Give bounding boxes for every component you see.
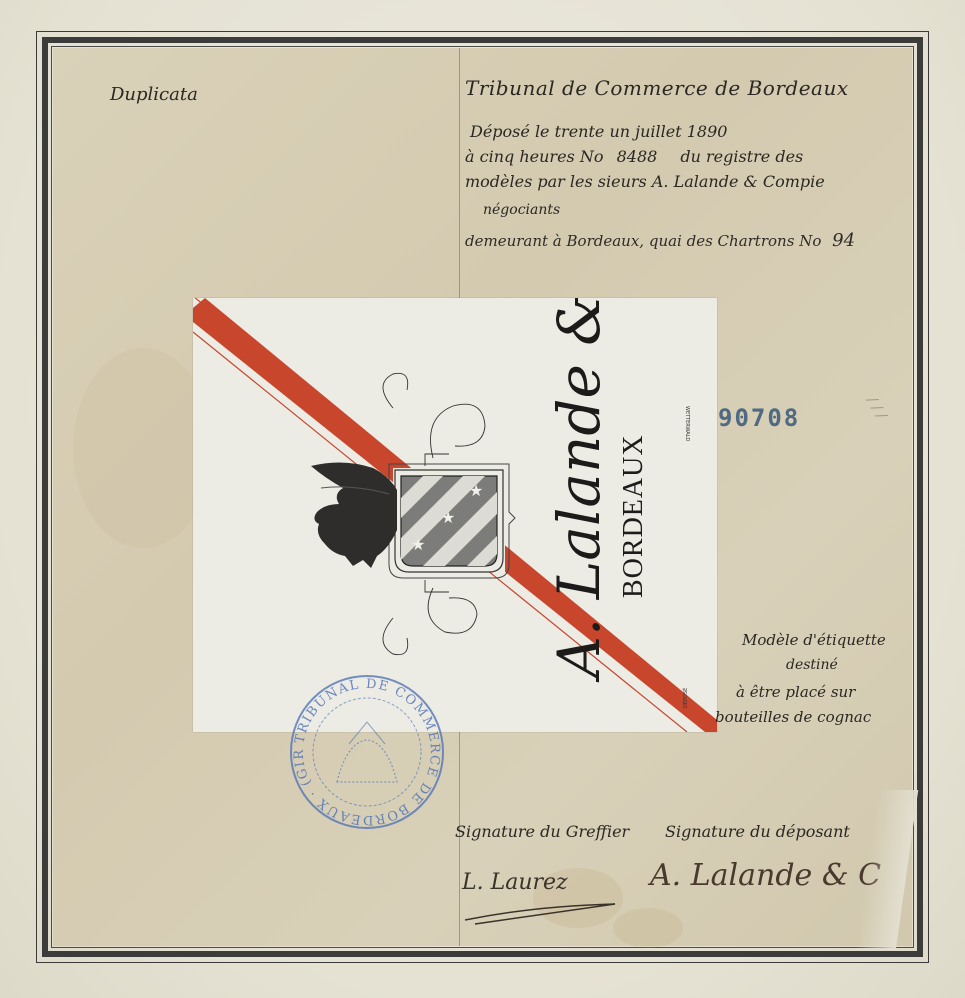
register-no-label: No bbox=[580, 147, 604, 166]
tribunal-seal: TRIBUNAL DE COMMERCE DE BORDEAUX · (GIRO… bbox=[287, 672, 447, 832]
deposit-date-line: Déposé le trente un juillet 1890 bbox=[470, 122, 727, 141]
depositor-occupation: négociants bbox=[483, 202, 560, 218]
tribunal-title: Tribunal de Commerce de Bordeaux bbox=[465, 76, 849, 100]
wine-label: ★ ★ ★ A. Lalande & Cº BORDEAUX WETTERWAL… bbox=[193, 298, 717, 732]
svg-text:★: ★ bbox=[411, 535, 425, 554]
depositor-line: modèles par les sieurs A. Lalande & Comp… bbox=[465, 172, 825, 191]
deposit-time: à cinq heures bbox=[465, 147, 575, 166]
description-line-4: bouteilles de cognac bbox=[715, 708, 871, 726]
address-street: quai des Chartrons bbox=[649, 232, 795, 250]
duplicate-note: Duplicata bbox=[110, 84, 198, 105]
register-number: 8488 bbox=[617, 147, 658, 166]
stamp-number: 90708 bbox=[718, 404, 800, 432]
description-line-3: à être placé sur bbox=[736, 683, 855, 701]
depositor-signature: A. Lalande & C bbox=[650, 858, 881, 893]
label-brand-name: A. Lalande & Cº bbox=[545, 298, 613, 678]
address-city: demeurant à Bordeaux, bbox=[465, 232, 644, 250]
deposit-time-line: à cinq heures No 8488 du registre des bbox=[465, 147, 803, 166]
clerk-signature-label: Signature du Greffier bbox=[455, 822, 629, 841]
description-line-1: Modèle d'étiquette bbox=[742, 631, 886, 649]
street-number: 94 bbox=[832, 230, 855, 251]
svg-text:★: ★ bbox=[441, 508, 455, 527]
label-deposit-mark: DÉPOSÉ bbox=[683, 688, 689, 708]
street-no-label: No bbox=[799, 232, 821, 250]
address-line: demeurant à Bordeaux, quai des Chartrons… bbox=[465, 230, 855, 251]
svg-text:★: ★ bbox=[469, 481, 483, 500]
label-printer-mark: WETTERWALD bbox=[684, 406, 690, 441]
description-line-2: destiné bbox=[786, 657, 838, 673]
depositor-signature-label: Signature du déposant bbox=[665, 822, 850, 841]
label-city: BORDEAUX bbox=[618, 434, 650, 598]
register-suffix: du registre des bbox=[680, 147, 803, 166]
clerk-signature-flourish bbox=[455, 880, 655, 930]
